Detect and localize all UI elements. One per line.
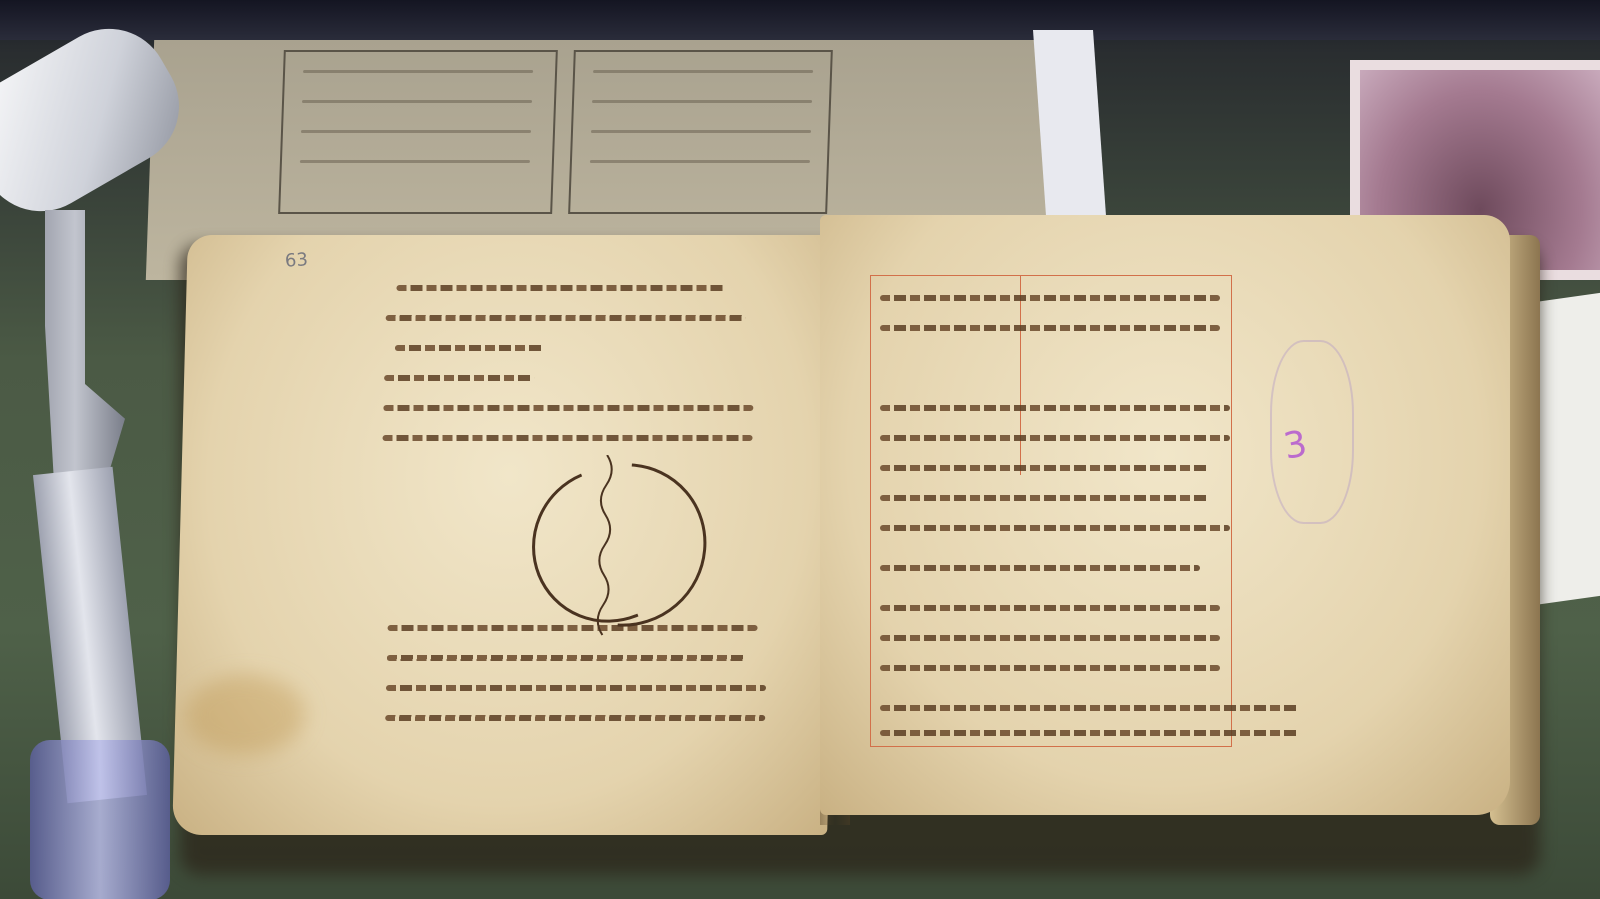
handwritten-line xyxy=(880,405,1230,411)
handwritten-line xyxy=(880,730,1300,736)
red-ruled-frame xyxy=(870,275,1232,747)
spotlight-base xyxy=(30,740,170,899)
handwritten-line xyxy=(880,465,1210,471)
folio-number: 63 xyxy=(284,249,308,272)
crescent-diagram xyxy=(477,455,742,645)
age-stain xyxy=(184,675,306,755)
background-text-line xyxy=(591,130,811,133)
red-ruled-divider xyxy=(1020,275,1021,475)
handwritten-line xyxy=(880,295,1220,301)
handwritten-line xyxy=(386,315,746,321)
handwritten-line xyxy=(386,685,766,691)
handwritten-line xyxy=(395,345,545,351)
background-text-line xyxy=(590,160,810,163)
background-white-card xyxy=(1033,30,1107,230)
handwritten-line xyxy=(880,635,1220,641)
handwritten-line xyxy=(880,435,1230,441)
right-page xyxy=(820,215,1510,815)
background-text-line xyxy=(300,160,530,163)
display-case-glass-edge xyxy=(0,0,1600,40)
handwritten-line xyxy=(880,565,1200,571)
handwritten-line xyxy=(387,655,747,661)
handwritten-line xyxy=(384,375,534,381)
handwritten-line xyxy=(385,715,765,721)
handwritten-line xyxy=(880,665,1220,671)
left-page xyxy=(172,235,843,835)
handwritten-line xyxy=(880,525,1230,531)
handwritten-line xyxy=(880,325,1220,331)
museum-display-photo: 63 3 xyxy=(0,0,1600,899)
handwritten-line xyxy=(382,435,752,441)
background-text-line xyxy=(592,100,812,103)
spotlight-bracket xyxy=(25,210,125,500)
handwritten-line xyxy=(880,495,1210,501)
background-text-line xyxy=(593,70,813,73)
handwritten-line xyxy=(396,285,726,291)
handwritten-line xyxy=(383,405,753,411)
background-text-line xyxy=(302,100,532,103)
background-text-line xyxy=(303,70,533,73)
handwritten-line xyxy=(880,605,1220,611)
background-text-line xyxy=(301,130,531,133)
open-manuscript xyxy=(170,215,1540,865)
handwritten-line xyxy=(880,705,1300,711)
